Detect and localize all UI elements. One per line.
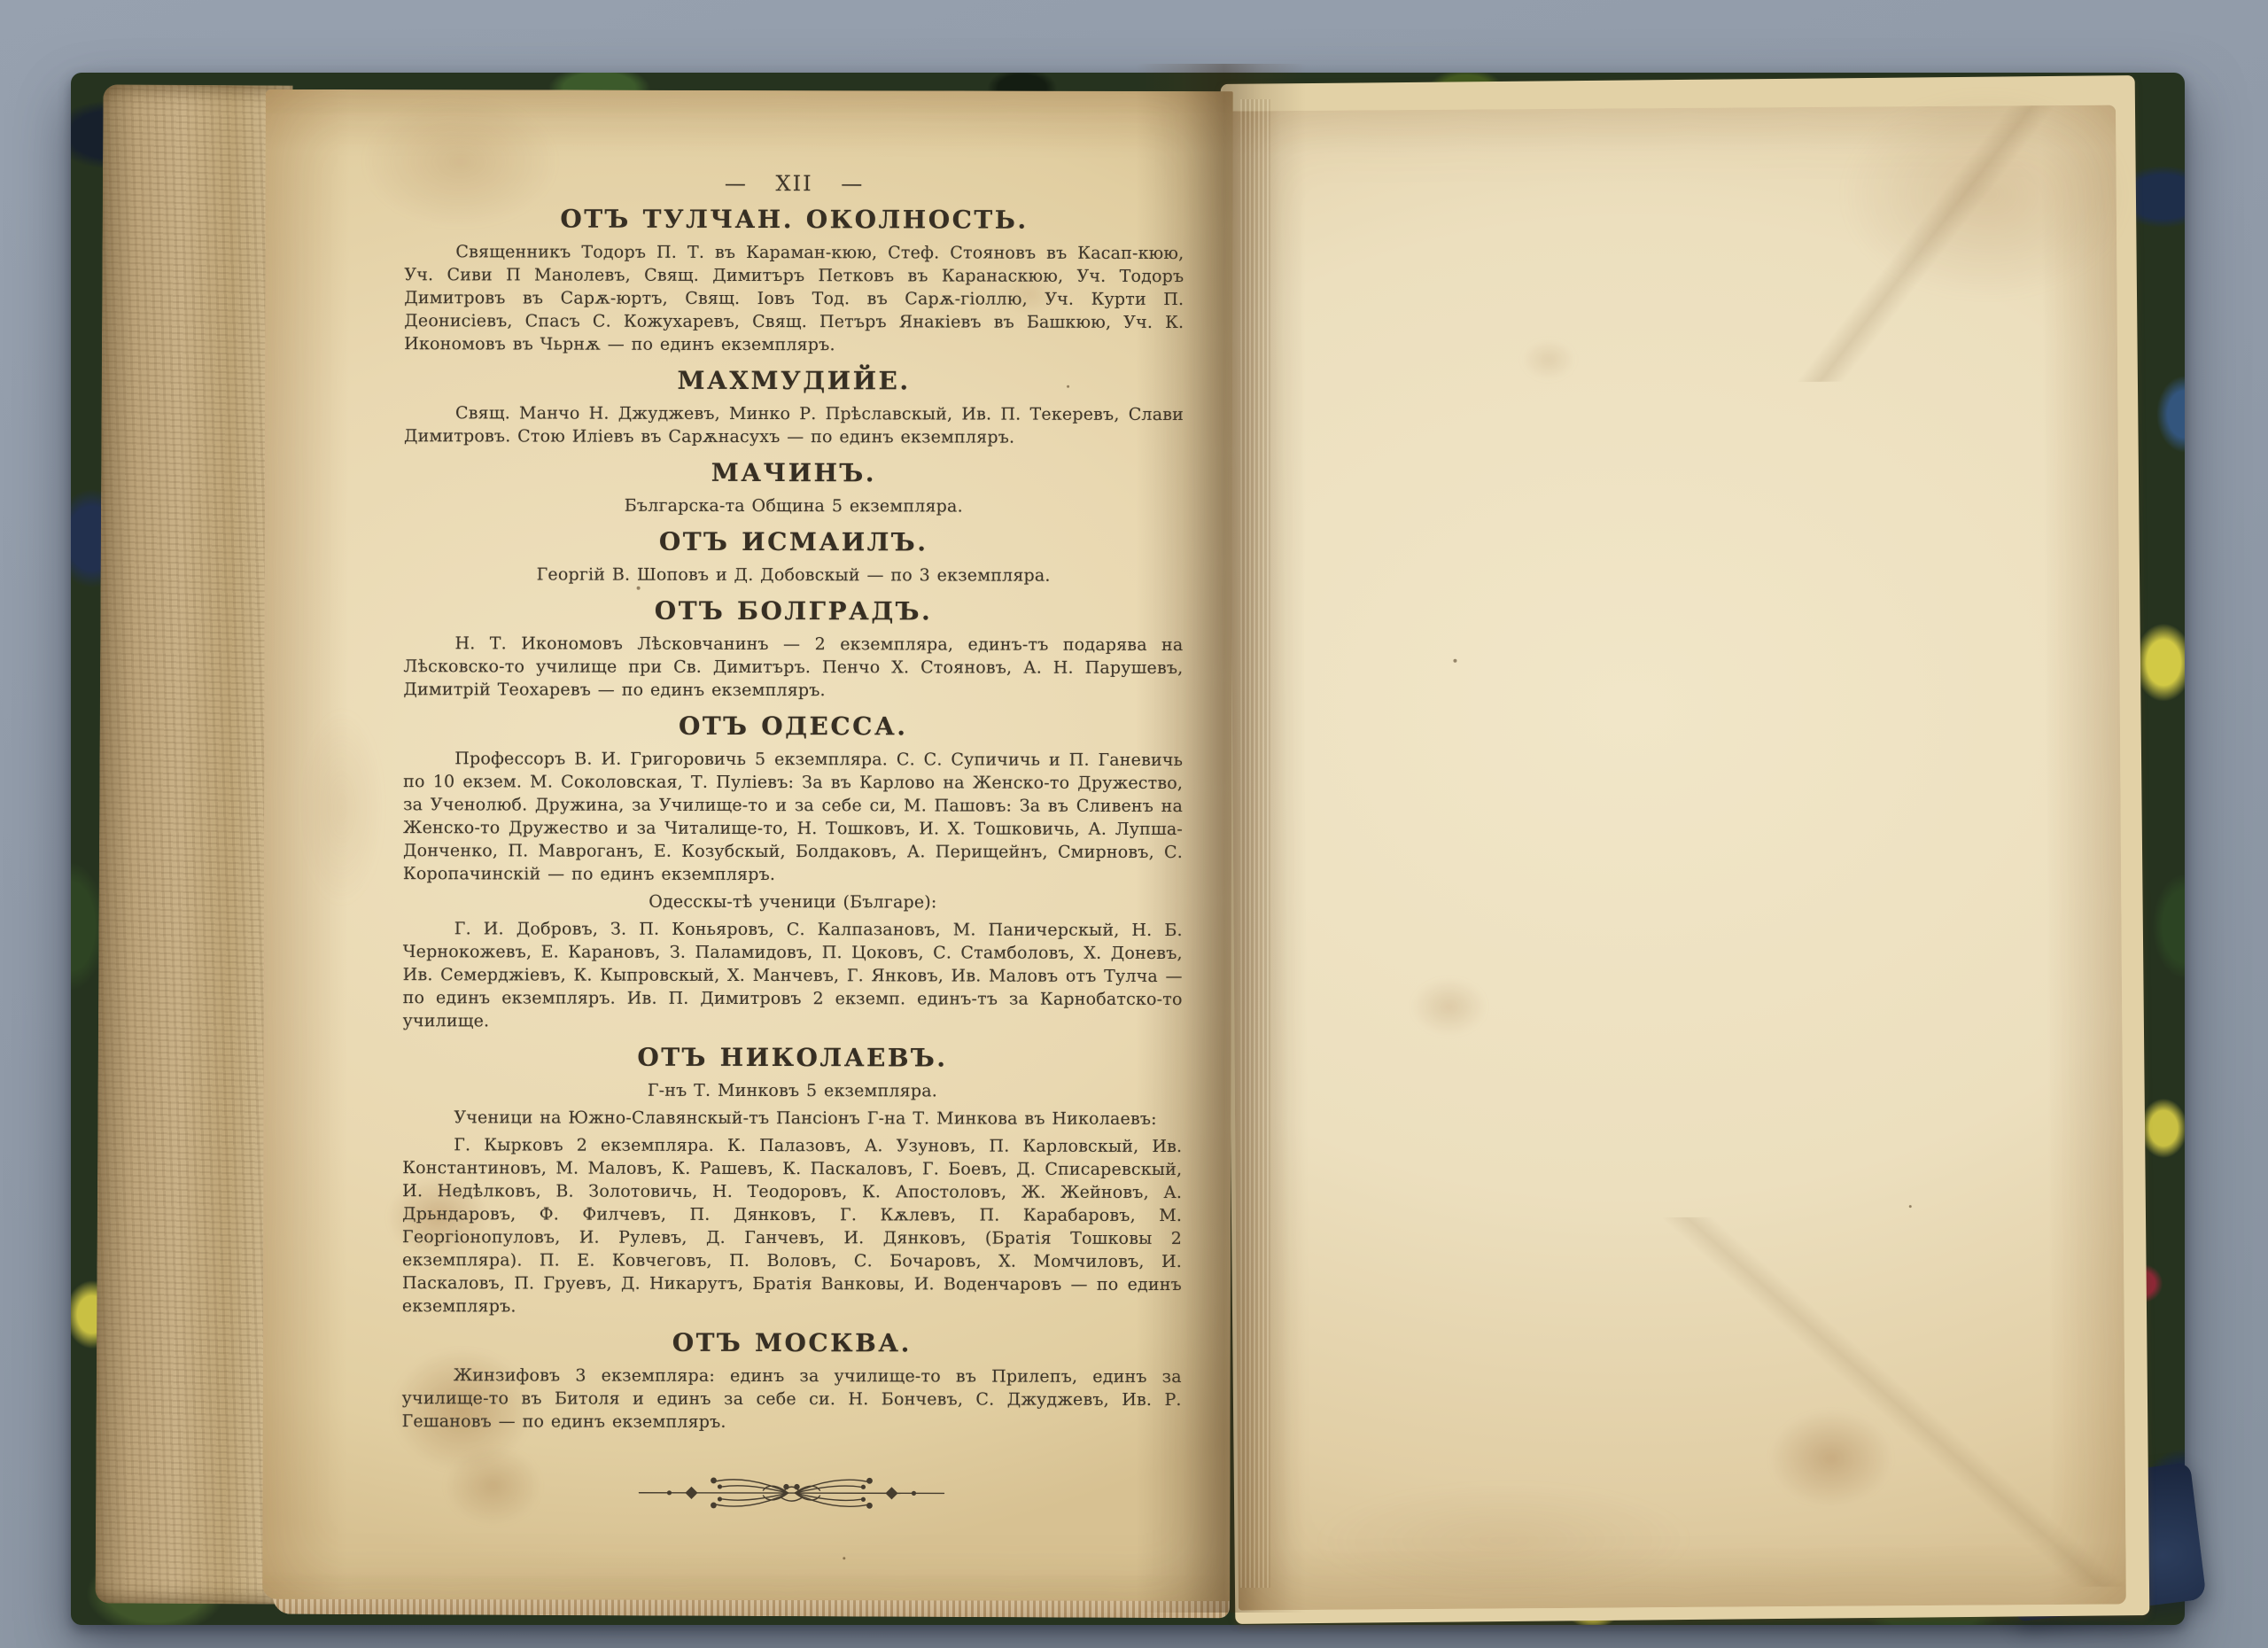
paragraph: Българска-та Община 5 екземпляра.	[404, 494, 1184, 518]
page-crease	[1663, 1214, 2126, 1590]
ink-speck	[1909, 1205, 1912, 1208]
paragraph: Г-нъ Т. Минковъ 5 екземпляра.	[402, 1078, 1182, 1103]
foxing-stain	[1317, 1481, 1690, 1599]
section-heading: МАХМУДИЙЕ.	[404, 366, 1184, 396]
paragraph: Свящ. Манчо Н. Джуджевъ, Минко Р. Прѣсла…	[404, 401, 1184, 449]
paragraph: Н. Т. Икономовъ Лѣсковчанинъ — 2 екземпл…	[403, 632, 1183, 703]
section: МАЧИНЪ.Българска-та Община 5 екземпляра.	[404, 458, 1184, 518]
page-crease	[1735, 105, 2117, 383]
paragraph: Г. Кырковъ 2 екземпляра. К. Палазовъ, А.…	[402, 1133, 1182, 1319]
foxing-stain	[1768, 1409, 1893, 1507]
paragraph: Священникъ Тодоръ П. Т. въ Караман-кюю, …	[404, 240, 1184, 357]
photo-backdrop: — XII — ОТЪ ТУЛЧАН. ОКОЛНОСТЬ.Священникъ…	[0, 0, 2268, 1648]
ink-speck	[843, 1557, 845, 1559]
section-heading: ОТЪ БОЛГРАДЪ.	[404, 596, 1184, 626]
page-number: — XII —	[405, 171, 1184, 196]
open-book: — XII — ОТЪ ТУЛЧАН. ОКОЛНОСТЬ.Священникъ…	[0, 0, 2268, 1648]
foxing-stain	[1522, 339, 1575, 380]
paragraph: Профессоръ В. И. Григоровичь 5 екземпляр…	[403, 747, 1183, 887]
section: ОТЪ ИСМАИЛЪ.Георгій В. Шоповъ и Д. Добов…	[404, 527, 1184, 587]
section-heading: ОТЪ ИСМАИЛЪ.	[404, 527, 1184, 557]
section: МАХМУДИЙЕ.Свящ. Манчо Н. Джуджевъ, Минко…	[404, 366, 1184, 449]
section-heading: ОТЪ НИКОЛАЕВЪ.	[402, 1043, 1182, 1073]
paragraph: Одесскы-тѣ ученици (Българе):	[403, 890, 1183, 914]
printed-left-page: — XII — ОТЪ ТУЛЧАН. ОКОЛНОСТЬ.Священникъ…	[262, 89, 1233, 1601]
blank-right-page	[1228, 105, 2126, 1611]
paragraph: Г. И. Добровъ, З. П. Коньяровъ, С. Калпа…	[403, 917, 1183, 1034]
tailpiece-ornament	[637, 1474, 945, 1512]
paragraph: Жинзифовъ 3 екземпляра: единъ за училище…	[402, 1364, 1182, 1434]
paragraph: Георгій В. Шоповъ и Д. Добовскый — по 3 …	[404, 563, 1184, 587]
section-heading: МАЧИНЪ.	[404, 458, 1184, 488]
section: ОТЪ ОДЕССА.Профессоръ В. И. Григоровичь …	[403, 711, 1184, 1034]
foxing-stain	[1411, 978, 1487, 1037]
foxing-stain	[299, 710, 384, 905]
section-heading: ОТЪ ТУЛЧАН. ОКОЛНОСТЬ.	[404, 205, 1184, 235]
section-heading: ОТЪ МОСКВА.	[402, 1328, 1182, 1358]
paragraph: Ученици на Южно-Славянскый-тъ Пансіонъ Г…	[402, 1106, 1182, 1131]
section: ОТЪ ТУЛЧАН. ОКОЛНОСТЬ.Священникъ Тодоръ …	[404, 205, 1184, 357]
sections: ОТЪ ТУЛЧАН. ОКОЛНОСТЬ.Священникъ Тодоръ …	[402, 205, 1184, 1434]
ink-speck	[1453, 659, 1456, 663]
text-column: — XII — ОТЪ ТУЛЧАН. ОКОЛНОСТЬ.Священникъ…	[401, 171, 1184, 1512]
section-heading: ОТЪ ОДЕССА.	[403, 711, 1183, 742]
section: ОТЪ НИКОЛАЕВЪ.Г-нъ Т. Минковъ 5 екземпля…	[402, 1043, 1183, 1319]
section: ОТЪ МОСКВА.Жинзифовъ 3 екземпляра: единъ…	[402, 1328, 1182, 1434]
foxing-stain	[1839, 87, 2133, 301]
section: ОТЪ БОЛГРАДЪ.Н. Т. Икономовъ Лѣсковчанин…	[403, 596, 1183, 703]
